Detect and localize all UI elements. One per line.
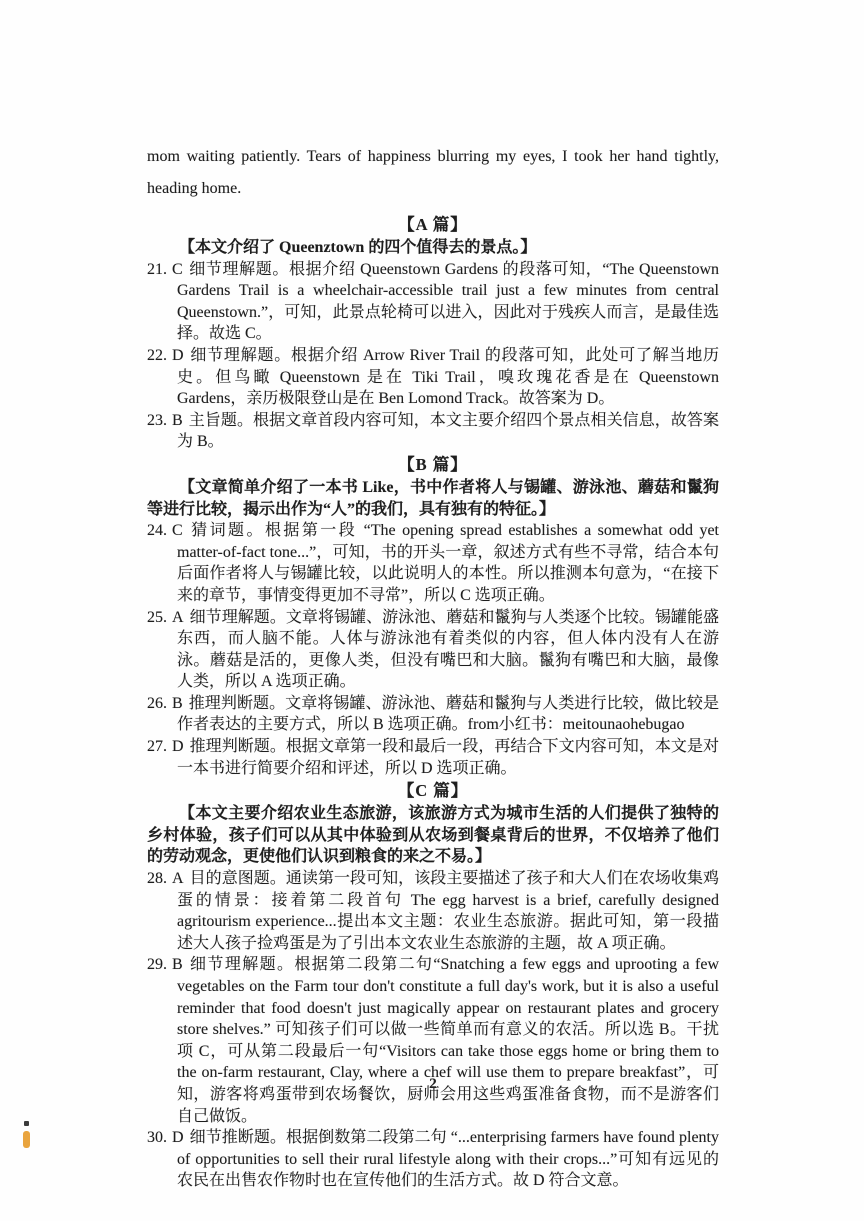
item-explanation: 细节推断题。根据倒数第二段第二句 “...enterprising farmer…: [177, 1129, 719, 1189]
section-c-summary: 【本文主要介绍农业生态旅游，该旅游方式为城市生活的人们提供了独特的乡村体验，孩子…: [147, 803, 719, 868]
item-explanation: 主旨题。根据文章首段内容可知，本文主要介绍四个景点相关信息，故答案为 B。: [177, 412, 719, 451]
item-explanation: 推理判断题。文章将锡罐、游泳池、蘑菇和鬣狗与人类进行比较，做比较是作者表达的主要…: [177, 695, 719, 734]
answer-item-28: 28.A目的意图题。通读第一段可知，该段主要描述了孩子和大人们在农场收集鸡蛋的情…: [147, 868, 719, 954]
item-answer: D: [172, 1129, 190, 1146]
item-explanation: 细节理解题。文章将锡罐、游泳池、蘑菇和鬣狗与人类逐个比较。锡罐能盛东西，而人脑不…: [177, 609, 719, 691]
item-number: 28.: [147, 870, 172, 887]
item-answer: B: [172, 412, 189, 429]
item-answer: D: [172, 347, 190, 364]
answer-item-25: 25.A细节理解题。文章将锡罐、游泳池、蘑菇和鬣狗与人类逐个比较。锡罐能盛东西，…: [147, 607, 719, 693]
answer-item-22: 22.D细节理解题。根据介绍 Arrow River Trail 的段落可知，此…: [147, 345, 719, 410]
item-number: 26.: [147, 695, 172, 712]
answer-item-24: 24.C猜词题。根据第一段 “The opening spread establ…: [147, 520, 719, 606]
answer-item-21: 21.C细节理解题。根据介绍 Queenstown Gardens 的段落可知，…: [147, 259, 719, 345]
answer-item-27: 27.D推理判断题。根据文章第一段和最后一段，再结合下文内容可知，本文是对一本书…: [147, 736, 719, 779]
item-answer: B: [172, 956, 189, 973]
item-answer: A: [172, 870, 190, 887]
item-number: 23.: [147, 412, 172, 429]
item-answer: A: [172, 609, 190, 626]
item-explanation: 细节理解题。根据介绍 Arrow River Trail 的段落可知，此处可了解…: [177, 347, 719, 407]
i-marker-stem: [23, 1131, 30, 1148]
answer-item-23: 23.B主旨题。根据文章首段内容可知，本文主要介绍四个景点相关信息，故答案为 B…: [147, 410, 719, 453]
item-answer: D: [172, 738, 190, 755]
item-explanation: 猜词题。根据第一段 “The opening spread establishe…: [177, 522, 719, 604]
item-number: 22.: [147, 347, 172, 364]
item-answer: C: [172, 261, 189, 278]
i-marker-dot: [24, 1121, 29, 1126]
page-number: 2: [147, 1076, 719, 1093]
item-number: 27.: [147, 738, 172, 755]
answer-item-26: 26.B推理判断题。文章将锡罐、游泳池、蘑菇和鬣狗与人类进行比较，做比较是作者表…: [147, 693, 719, 736]
item-number: 30.: [147, 1129, 172, 1146]
item-number: 29.: [147, 956, 172, 973]
i-marker-icon: [23, 1121, 31, 1149]
item-number: 24.: [147, 522, 172, 539]
item-answer: C: [172, 522, 189, 539]
answer-item-29: 29.B细节理解题。根据第二段第二句“Snatching a few eggs …: [147, 954, 719, 1127]
section-a-summary: 【本文介绍了 Queenztown 的四个值得去的景点。】: [147, 237, 719, 259]
item-explanation: 推理判断题。根据文章第一段和最后一段，再结合下文内容可知，本文是对一本书进行简要…: [177, 738, 719, 777]
item-explanation: 细节理解题。根据介绍 Queenstown Gardens 的段落可知，“The…: [177, 261, 719, 343]
item-number: 25.: [147, 609, 172, 626]
scanned-document-page: mom waiting patiently. Tears of happines…: [0, 0, 864, 1221]
item-answer: B: [172, 695, 189, 712]
section-b-summary: 【文章简单介绍了一本书 Like，书中作者将人与锡罐、游泳池、蘑菇和鬣狗等进行比…: [147, 477, 719, 520]
item-explanation: 目的意图题。通读第一段可知，该段主要描述了孩子和大人们在农场收集鸡蛋的情景：接着…: [177, 870, 719, 952]
section-a-header: 【A 篇】: [147, 213, 719, 237]
section-c-header: 【C 篇】: [147, 779, 719, 803]
opening-paragraph: mom waiting patiently. Tears of happines…: [147, 141, 719, 205]
item-number: 21.: [147, 261, 172, 278]
section-b-header: 【B 篇】: [147, 453, 719, 477]
answer-item-30: 30.D细节推断题。根据倒数第二段第二句 “...enterprising fa…: [147, 1127, 719, 1192]
item-explanation: 细节理解题。根据第二段第二句“Snatching a few eggs and …: [177, 956, 719, 1124]
document-text-block: mom waiting patiently. Tears of happines…: [147, 141, 719, 1192]
